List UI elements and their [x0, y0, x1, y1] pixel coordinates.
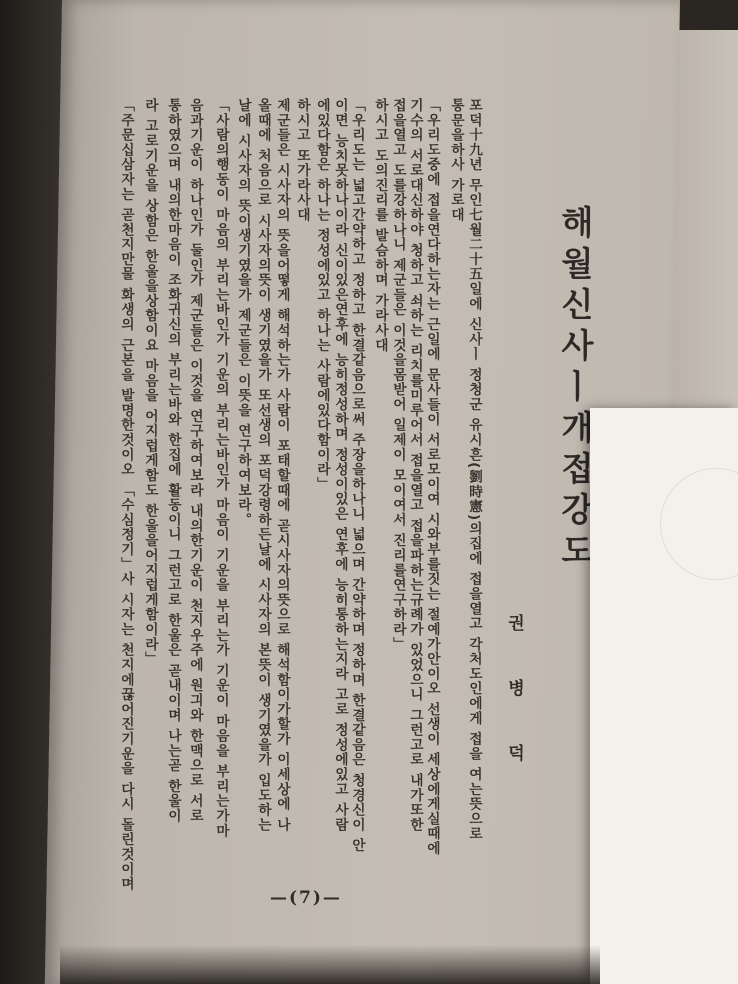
text-column-10: 하시고 또가라사대: [293, 98, 310, 222]
text-column-2: 통문을하사 가로대: [447, 98, 464, 222]
text-column-9: 에있다함은 하나는 정성에있고 하나는 사람에있다함이라」: [313, 98, 330, 492]
text-column-18: 「주문십삼자는 곧천지만물 화생의 근본을 발명한것이오 「수심정기」사 시자는…: [117, 98, 134, 891]
text-column-4: 기수의 서로대신하야 청하고 쇠하는 리치를미루어서 접을열고 접을파하는규례가…: [406, 98, 423, 832]
text-column-16: 통하였으며 내의한마음이 조화귀신의 부리는바와 한집에 활동이니 그런고로 한…: [164, 98, 181, 823]
text-column-1: 포덕十九년 무인七월二十五일에 신사ㅣ 정청군 유시흔(劉時憲)의집에 접을열고…: [465, 98, 482, 841]
text-column-7: 「우리도는 넓고간약하고 정하고 한결같음으로써 주장을하나니 넓으며 간약하며…: [348, 98, 365, 853]
author-name: 권병덕: [502, 614, 527, 809]
text-column-8: 이면 능치못하나이라 신이있은연후에 능히정성하며 정성이있은 연후에 능히통하…: [331, 98, 348, 832]
text-column-12: 올때에 처음으로 시사자의뜻이 생기였을가 또선생의 포덕강령하든날에 시사자의…: [254, 98, 271, 832]
page-number: —(7)—: [270, 888, 342, 908]
text-column-6: 하시고 도의진리를 발슴하며 가라사대: [371, 98, 388, 353]
text-column-11: 제군들은 시사자의 뜻을어떻게 해석하는가 사람이 포태할때에 곧시사자의뜻으로…: [273, 98, 290, 832]
bottom-shadow: [60, 945, 600, 984]
circle-mark: [660, 468, 738, 580]
text-column-5: 접을열고 도를강하나니 제군들은 이것을몸받어 일제이 모이여서 진리를연구하라…: [389, 98, 406, 652]
text-column-17: 라 고로기운을 상함은 한울을상함이요 마음을 어지럽게함도 한울을어지럽게함이…: [141, 98, 158, 666]
text-column-3: 「우리도중에 접을연다하는자는 근일에 문사들이 서로모이여 시와부를짓는 절예…: [423, 98, 440, 856]
text-column-13: 날에 시사자의 뜻이생기였을가 제군들은 이뜻을 연구하여보라。: [234, 98, 251, 527]
text-column-15: 음과기운이 하나인가 둘인가 제군들은 이것을 연구하여보라 내의한기운이 천지…: [186, 98, 203, 823]
text-column-14: 「사람의행동이 마음의 부리는바인가 기운의 부리는바인가 마음이 기운을 부리…: [212, 98, 229, 838]
white-paper-insert: [590, 408, 738, 984]
